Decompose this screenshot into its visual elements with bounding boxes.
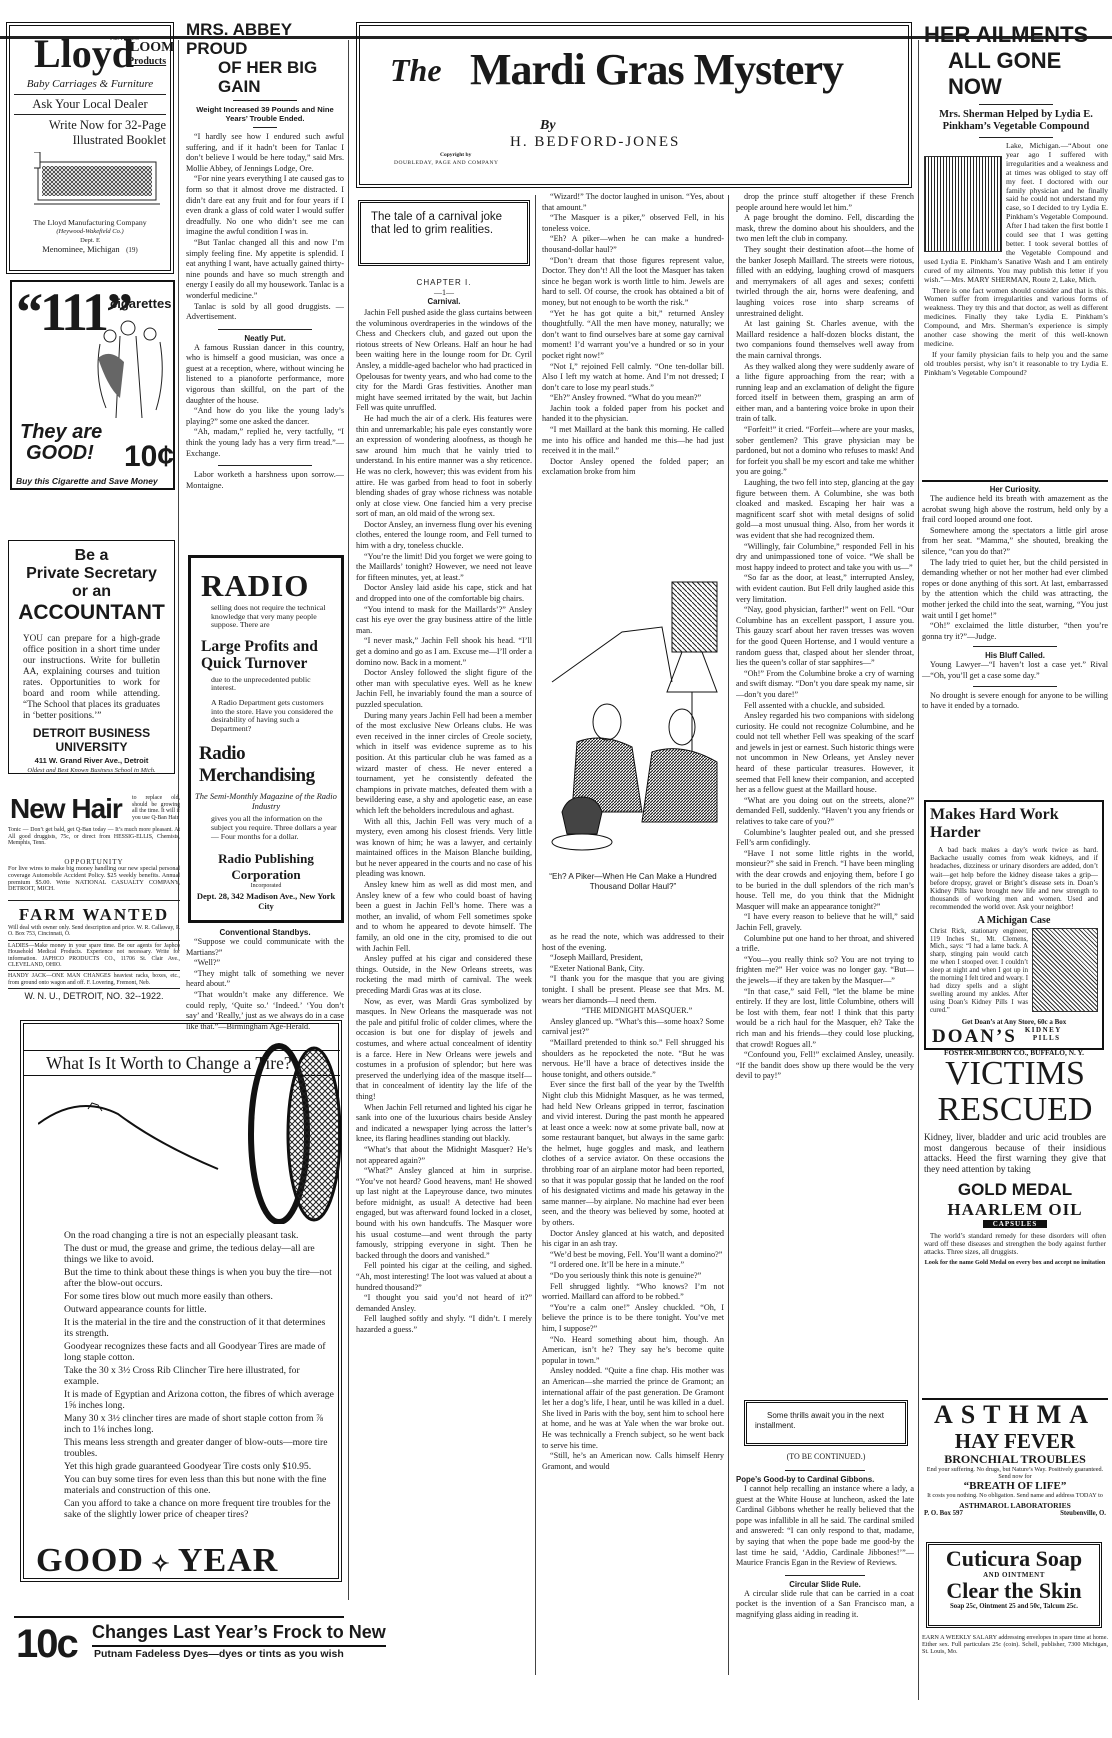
doans-get: Get Doan’s at Any Store, 60c a Box xyxy=(926,1018,1102,1026)
pinkham-headline-1: HER AILMENTS xyxy=(924,22,1108,48)
farm-title: FARM WANTED xyxy=(8,905,180,925)
curiosity-title: Her Curiosity. xyxy=(922,485,1108,494)
cigarette-ad: “111” cigarettes They areGOOD! 10¢ Buy t… xyxy=(10,280,175,490)
doans-illustration xyxy=(1032,928,1098,1012)
radio-inc: Incorporated xyxy=(191,883,341,889)
radio-p3: A Radio Department gets customers into t… xyxy=(211,699,337,733)
radio-p1: selling does not require the technical k… xyxy=(211,604,337,630)
ladies-ad: LADIES—Make money in your spare time. Be… xyxy=(8,940,180,969)
abbey-headline-1: MRS. ABBEY PROUD xyxy=(186,20,344,58)
cigarette-footer: Buy this Cigarette and Save Money xyxy=(16,476,158,486)
next-installment-box: Some thrills await you in the next insta… xyxy=(744,1400,908,1446)
opportunity-ad: OPPORTUNITY For live wires to make big m… xyxy=(8,858,180,893)
bluff-body: Young Lawyer—“I haven’t lost a case yet.… xyxy=(922,660,1108,681)
pope-title: Pope’s Good-by to Cardinal Gibbons. xyxy=(736,1475,914,1484)
doans-title: Makes Hard Work Harder xyxy=(930,806,1102,842)
goldmedal-p1: Kidney, liver, bladder and uric acid tro… xyxy=(924,1132,1106,1174)
radio-magazine: Radio Merchandising xyxy=(199,743,341,787)
asthma-ad: ASTHMA HAY FEVER BRONCHIAL TROUBLES End … xyxy=(922,1398,1108,1517)
pope-filler: Pope’s Good-by to Cardinal Gibbons. I ca… xyxy=(736,1466,914,1621)
section-title: Carnival. xyxy=(356,297,532,306)
rescued-headline: RESCUED xyxy=(922,1092,1108,1128)
neatly-title: Neatly Put. xyxy=(186,334,344,343)
putnam-price: 10c xyxy=(16,1622,77,1666)
abbey-article: MRS. ABBEY PROUD OF HER BIG GAIN Weight … xyxy=(186,20,344,491)
breath-of-life: “BREATH OF LIFE” xyxy=(922,1480,1108,1492)
radio-ad: RADIO selling does not require the techn… xyxy=(188,555,344,923)
capsules-label: CAPSULES xyxy=(983,1220,1047,1228)
goodyear-headline: What Is It Worth to Change a Tire? xyxy=(24,1050,340,1076)
haarlem-oil: HAARLEM OIL xyxy=(922,1200,1108,1220)
cuticura-headline: Cuticura Soap xyxy=(929,1547,1099,1571)
goldmedal-ad: VICTIMS RESCUED Kidney, liver, bladder a… xyxy=(922,1056,1108,1266)
cigarette-slogan: They areGOOD! xyxy=(20,422,102,464)
pinkham-headline-2: ALL GONE NOW xyxy=(924,48,1108,100)
standbys-article: Conventional Standbys. “Suppose we could… xyxy=(186,928,344,1032)
company: The Lloyd Manufacturing Company xyxy=(14,218,166,227)
story-column-1: Jachin Fell pushed aside the glass curta… xyxy=(356,308,532,1680)
write-now: Write Now for 32-Page xyxy=(14,118,166,133)
newhair-side: to replace old, should be growing all th… xyxy=(132,795,180,821)
story-title: Mardi Gras Mystery xyxy=(470,44,843,95)
code: (19) xyxy=(126,246,138,254)
lloyd-ad: Lloyd Pat. Process LOOM Products Baby Ca… xyxy=(6,22,174,274)
column-rule xyxy=(728,195,729,1675)
putnam-ad: 10c Changes Last Year’s Frock to New Put… xyxy=(14,1616,344,1668)
pinkham-ad: HER AILMENTS ALL GONE NOW Mrs. Sherman H… xyxy=(924,22,1108,378)
curiosity-article: Her Curiosity. The audience held its bre… xyxy=(922,480,1108,712)
earn-classified: EARN A WEEKLY SALARY addressing envelope… xyxy=(922,1634,1108,1655)
loom-label: LOOM xyxy=(130,40,174,56)
goldmedal-brand: GOLD MEDAL xyxy=(922,1180,1108,1200)
column-rule xyxy=(918,40,919,1700)
lloyd-tagline: Baby Carriages & Furniture xyxy=(14,78,166,90)
labor-filler: Labor worketh a harshness upon sorrow.—M… xyxy=(186,470,344,491)
radio-p2: due to the unprecedented public interest… xyxy=(211,676,337,693)
section-number: —1— xyxy=(356,288,532,297)
story-column-2b: as he read the note, which was addressed… xyxy=(542,932,724,1682)
bronchial: BRONCHIAL TROUBLES xyxy=(922,1452,1108,1466)
doans-ad: Makes Hard Work Harder A bad back makes … xyxy=(924,800,1104,1050)
goodyear-logo: GOOD✧YEAR xyxy=(36,1542,278,1580)
column-rule xyxy=(348,40,349,1600)
asthma-headline: ASTHMA xyxy=(922,1400,1108,1430)
abbey-headline-2: OF HER BIG GAIN xyxy=(186,58,344,96)
pinkham-p3: If your family physician fails to help y… xyxy=(924,351,1108,378)
radio-magazine-sub: The Semi-Monthly Magazine of the Radio I… xyxy=(191,791,341,811)
putnam-headline: Changes Last Year’s Frock to New xyxy=(92,1622,386,1647)
abbey-body: “I hardly see how I endured such awful s… xyxy=(186,132,344,323)
city: Menominee, Michigan xyxy=(42,244,119,254)
booklet-label: Illustrated Booklet xyxy=(14,133,166,148)
figures-illustration xyxy=(90,318,170,420)
asthma-p1: End your suffering. No drugs, but Nature… xyxy=(922,1466,1108,1480)
pinkham-p2: There is one fact women should consider … xyxy=(924,287,1108,349)
subsidiary: (Heywood-Wakefield Co.) xyxy=(14,227,166,236)
radio-address: Dept. 28, 342 Madison Ave., New York Cit… xyxy=(191,891,341,911)
copyright-label: Copyright by xyxy=(440,152,471,158)
sofa-illustration xyxy=(34,152,160,210)
story-title-box: The Mardi Gras Mystery By H. BEDFORD-JON… xyxy=(356,22,912,188)
story-title-the: The xyxy=(390,52,442,89)
newhair-title: New Hair xyxy=(10,793,122,825)
chapter-heading: CHAPTER I. xyxy=(356,278,532,287)
goldmedal-p2: The world’s standard remedy for these di… xyxy=(924,1232,1106,1256)
radio-p4: gives you all the information on the sub… xyxy=(211,815,337,841)
farm-body: Will deal with owner only. Send descript… xyxy=(8,925,180,938)
lloyd-address: The Lloyd Manufacturing Company (Heywood… xyxy=(14,218,166,255)
story-column-2: “Wizard!” The doctor laughed in unison. … xyxy=(542,192,724,572)
dbu-tagline: Oldest and Best Known Business School in… xyxy=(9,767,174,774)
goldmedal-p3: Look for the name Gold Medal on every bo… xyxy=(922,1259,1108,1266)
radio-title: RADIO xyxy=(201,568,341,604)
wnu-imprint: W. N. U., DETROIT, NO. 32--1922. xyxy=(8,988,180,1001)
dbu-name: DETROIT BUSINESS UNIVERSITY xyxy=(9,726,174,754)
radio-profits: Large Profits and Quick Turnover xyxy=(201,638,335,672)
doans-brand: DOAN’S xyxy=(932,1026,1017,1048)
doans-case-title: A Michigan Case xyxy=(926,915,1102,926)
story-illustration: “Eh? A Piker—When He Can Make a Hundred … xyxy=(542,572,724,902)
story-author: H. BEDFORD-JONES xyxy=(510,134,680,151)
dbu-ad: Be a Private Secretary or an ACCOUNTANT … xyxy=(8,540,175,774)
ask-dealer: Ask Your Local Dealer xyxy=(14,94,166,115)
standbys-title: Conventional Standbys. xyxy=(186,928,344,937)
cigarette-price: 10¢ xyxy=(124,440,174,474)
radio-corp: Radio Publishing Corporation xyxy=(191,851,341,883)
illustration-caption: “Eh? A Piker—When He Can Make a Hundred … xyxy=(542,872,724,892)
clear-skin: Clear the Skin xyxy=(929,1579,1099,1603)
to-be-continued: (TO BE CONTINUED.) xyxy=(740,1452,912,1461)
doans-kidney: KIDNEY xyxy=(1025,1026,1062,1034)
doans-p1: A bad back makes a day’s work twice as h… xyxy=(930,846,1098,912)
abbey-subhead: Weight Increased 39 Pounds and Nine Year… xyxy=(186,105,344,123)
cuticura-ad: Cuticura Soap AND OINTMENT Clear the Ski… xyxy=(926,1542,1102,1628)
dbu-headline: Be a Private Secretary or an ACCOUNTANT xyxy=(9,547,174,625)
sherman-portrait xyxy=(924,156,1002,252)
cigarettes-word: cigarettes xyxy=(110,296,171,311)
byline-by: By xyxy=(540,118,556,134)
farm-ad: FARM WANTED Will deal with owner only. S… xyxy=(8,900,180,1001)
road-illustration xyxy=(38,1094,238,1184)
wingfoot-icon: ✧ xyxy=(144,1551,178,1577)
copyright-holder: DOUBLEDAY, PAGE AND COMPANY xyxy=(394,160,498,166)
dbu-address: 411 W. Grand River Ave., Detroit xyxy=(9,756,174,765)
asthmarol-lab: ASTHMAROL LABORATORIES xyxy=(922,1501,1108,1510)
story-teaser: The tale of a carnival joke that led to … xyxy=(358,200,530,266)
bluff-title: His Bluff Called. xyxy=(922,651,1108,660)
cuticura-prices: Soap 25c, Ointment 25 and 50c, Talcum 25… xyxy=(929,1603,1099,1610)
drought-filler: No drought is severe enough for anyone t… xyxy=(922,691,1108,712)
pinkham-subhead: Mrs. Sherman Helped by Lydia E. Pinkham’… xyxy=(924,109,1108,133)
opportunity-body: For live wires to make big money handlin… xyxy=(8,866,180,893)
slide-rule-title: Circular Slide Rule. xyxy=(736,1580,914,1589)
goodyear-body: On the road changing a tire is not an es… xyxy=(64,1230,334,1520)
column-rule xyxy=(535,195,536,1675)
neatly-body: A famous Russian dancer in this country,… xyxy=(186,343,344,460)
asthma-box: P. O. Box 597 xyxy=(924,1510,963,1517)
slide-rule-body: A circular slide rule that can be carrie… xyxy=(736,1589,914,1621)
hay-fever: HAY FEVER xyxy=(922,1430,1108,1452)
products-label: Products xyxy=(128,56,166,67)
asthma-city: Steubenville, O. xyxy=(1060,1510,1106,1517)
putnam-subhead: Putnam Fadeless Dyes—dyes or tints as yo… xyxy=(94,1648,344,1660)
newhair-body: Tonic — Don’t get bald, get Q-Ban today … xyxy=(8,827,180,847)
asthma-p2: It costs you nothing. No obligation. Sen… xyxy=(922,1492,1108,1499)
victims-headline: VICTIMS xyxy=(922,1056,1108,1092)
doans-pills: PILLS xyxy=(1025,1034,1062,1042)
story-column-3: drop the prince stuff altogether if thes… xyxy=(736,192,914,1378)
pope-body: I cannot help recalling an instance wher… xyxy=(736,1484,914,1569)
dbu-body: YOU can prepare for a high-grade office … xyxy=(23,633,160,721)
goodyear-ad: What Is It Worth to Change a Tire? On th… xyxy=(20,1020,342,1582)
handyjack-ad: HANDY JACK—ONE MAN CHANGES heaviest rack… xyxy=(8,970,180,986)
